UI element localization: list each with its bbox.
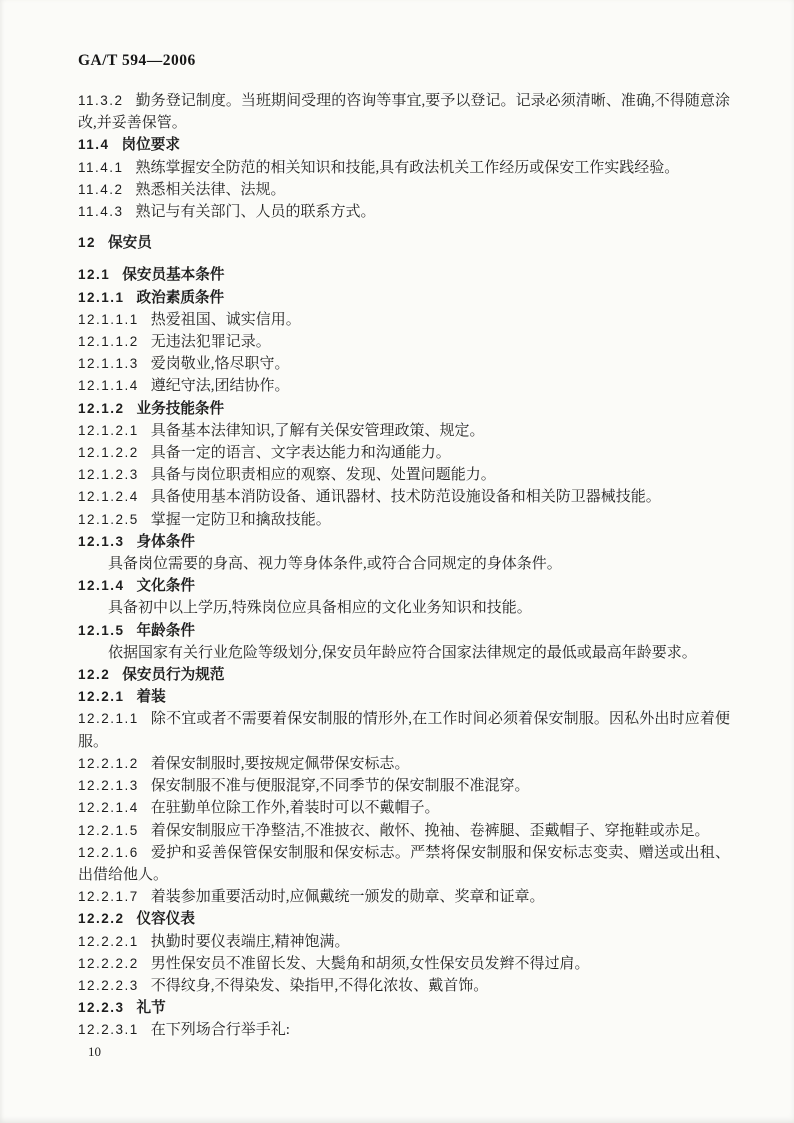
section-item: 12.1.1.1热爱祖国、诚实信用。: [78, 309, 730, 331]
section-item: 12.2.1.2着保安制服时,要按规定佩带保安标志。: [78, 753, 730, 775]
section-item: 12.1.1.4遵纪守法,团结协作。: [78, 375, 730, 397]
section-number: 12.2.2.3: [78, 978, 139, 993]
section-text: 除不宜或者不需要着保安制服的情形外,在工作时间必须着保安制服。因私外出时应着便服…: [78, 711, 730, 749]
section-item: 12.1.2.1具备基本法律知识,了解有关保安管理政策、规定。: [78, 420, 730, 442]
section-item: 12.1.2.2具备一定的语言、文字表达能力和沟通能力。: [78, 442, 730, 464]
section-text: 在驻勤单位除工作外,着装时可以不戴帽子。: [151, 800, 440, 816]
section-number: 11.4.3: [78, 204, 124, 219]
section-heading: 12.2保安员行为规范: [78, 664, 730, 686]
section-text: 年龄条件: [137, 623, 195, 639]
section-number: 12.2.1.2: [78, 756, 139, 771]
section-number: 12.2.2.1: [78, 934, 139, 949]
section-item: 12.1.2.3具备与岗位职责相应的观察、发现、处置问题能力。: [78, 464, 730, 486]
section-text: 保安员: [108, 235, 152, 251]
document-body: 11.3.2勤务登记制度。当班期间受理的咨询等事宜,要予以登记。记录必须清晰、准…: [78, 90, 730, 1042]
section-item: 11.4.1熟练掌握安全防范的相关知识和技能,具有政法机关工作经历或保安工作实践…: [78, 157, 730, 179]
section-heading: 12.1.5年龄条件: [78, 620, 730, 642]
section-text: 政治素质条件: [137, 290, 225, 306]
section-number: 12.2.3.1: [78, 1022, 139, 1037]
section-heading: 12.1.3身体条件: [78, 531, 730, 553]
section-text: 具备岗位需要的身高、视力等身体条件,或符合合同规定的身体条件。: [108, 556, 562, 572]
paragraph: 具备岗位需要的身高、视力等身体条件,或符合合同规定的身体条件。: [78, 553, 730, 575]
section-text: 熟悉相关法律、法规。: [136, 182, 286, 198]
section-number: 12.1.2.5: [78, 512, 139, 527]
section-item: 12.2.2.1执勤时要仪表端庄,精神饱满。: [78, 931, 730, 953]
section-text: 业务技能条件: [137, 401, 225, 417]
section-text: 依据国家有关行业危险等级划分,保安员年龄应符合国家法律规定的最低或最高年龄要求。: [108, 645, 697, 661]
section-item: 11.3.2勤务登记制度。当班期间受理的咨询等事宜,要予以登记。记录必须清晰、准…: [78, 90, 730, 134]
section-number: 12.2.1.3: [78, 778, 139, 793]
section-text: 执勤时要仪表端庄,精神饱满。: [151, 934, 350, 950]
paragraph: 依据国家有关行业危险等级划分,保安员年龄应符合国家法律规定的最低或最高年龄要求。: [78, 642, 730, 664]
section-text: 男性保安员不准留长发、大鬓角和胡须,女性保安员发辫不得过肩。: [151, 956, 590, 972]
section-number: 12.2.1.4: [78, 800, 139, 815]
section-number: 12.2.3: [78, 1000, 125, 1015]
standard-number-header: GA/T 594—2006: [78, 52, 196, 70]
section-number: 12.1.1.4: [78, 378, 139, 393]
section-item: 12.2.1.6爱护和妥善保管保安制服和保安标志。严禁将保安制服和保安标志变卖、…: [78, 842, 730, 886]
section-text: 着保安制服时,要按规定佩带保安标志。: [151, 756, 410, 772]
section-number: 11.4.1: [78, 160, 124, 175]
section-text: 文化条件: [137, 578, 195, 594]
section-item: 12.2.2.2男性保安员不准留长发、大鬓角和胡须,女性保安员发辫不得过肩。: [78, 953, 730, 975]
section-text: 着装: [137, 689, 166, 705]
section-text: 保安员行为规范: [122, 667, 224, 683]
section-text: 着装参加重要活动时,应佩戴统一颁发的勋章、奖章和证章。: [151, 889, 545, 905]
page-number: 10: [88, 1044, 101, 1060]
section-text: 具备使用基本消防设备、通讯器材、技术防范设施设备和相关防卫器械技能。: [151, 489, 661, 505]
section-number: 11.4: [78, 137, 110, 152]
section-text: 无违法犯罪记录。: [151, 334, 271, 350]
section-text: 在下列场合行举手礼:: [151, 1022, 290, 1038]
section-item: 11.4.3熟记与有关部门、人员的联系方式。: [78, 201, 730, 223]
section-number: 12.1.1.1: [78, 312, 139, 327]
section-item: 12.2.1.7着装参加重要活动时,应佩戴统一颁发的勋章、奖章和证章。: [78, 886, 730, 908]
section-item: 12.2.3.1在下列场合行举手礼:: [78, 1019, 730, 1041]
section-number: 12.2.1.6: [78, 845, 139, 860]
section-item: 12.2.1.5着保安制服应干净整洁,不准披衣、敞怀、挽袖、卷裤腿、歪戴帽子、穿…: [78, 820, 730, 842]
section-item: 12.2.1.1除不宜或者不需要着保安制服的情形外,在工作时间必须着保安制服。因…: [78, 708, 730, 752]
section-heading: 12.1.1政治素质条件: [78, 287, 730, 309]
section-text: 爱护和妥善保管保安制服和保安标志。严禁将保安制服和保安标志变卖、赠送或出租、出借…: [78, 845, 730, 883]
section-number: 12.1.1.3: [78, 356, 139, 371]
section-text: 熟练掌握安全防范的相关知识和技能,具有政法机关工作经历或保安工作实践经验。: [136, 160, 680, 176]
section-text: 爱岗敬业,恪尽职守。: [151, 356, 290, 372]
section-text: 不得纹身,不得染发、染指甲,不得化浓妆、戴首饰。: [151, 978, 489, 994]
section-text: 遵纪守法,团结协作。: [151, 378, 290, 394]
section-text: 具备一定的语言、文字表达能力和沟通能力。: [151, 445, 451, 461]
section-text: 熟记与有关部门、人员的联系方式。: [136, 204, 376, 220]
section-text: 掌握一定防卫和擒敌技能。: [151, 512, 331, 528]
section-text: 身体条件: [137, 534, 195, 550]
section-number: 12.1.1: [78, 290, 125, 305]
section-item: 12.2.1.4在驻勤单位除工作外,着装时可以不戴帽子。: [78, 797, 730, 819]
scanned-document-page: { "page": { "header": "GA/T 594—2006", "…: [0, 0, 794, 1123]
section-item: 12.2.1.3保安制服不准与便服混穿,不同季节的保安制服不准混穿。: [78, 775, 730, 797]
section-number: 11.3.2: [78, 93, 124, 108]
chapter-heading: 12保安员: [78, 232, 730, 254]
section-item: 11.4.2熟悉相关法律、法规。: [78, 179, 730, 201]
section-item: 12.1.2.5掌握一定防卫和擒敌技能。: [78, 509, 730, 531]
section-number: 12.1.2: [78, 401, 125, 416]
section-heading: 12.2.3礼节: [78, 997, 730, 1019]
section-number: 12.1.2.2: [78, 445, 139, 460]
section-number: 12.1.2.3: [78, 467, 139, 482]
section-number: 12.2.1.7: [78, 889, 139, 904]
section-number: 12.2.1: [78, 689, 125, 704]
section-number: 12.2.2: [78, 911, 125, 926]
section-text: 仪容仪表: [137, 911, 195, 927]
section-number: 12.2.1.5: [78, 823, 139, 838]
section-number: 12.1: [78, 267, 110, 282]
section-number: 12.1.1.2: [78, 334, 139, 349]
section-heading: 12.2.2仪容仪表: [78, 908, 730, 930]
section-text: 礼节: [137, 1000, 166, 1016]
section-item: 12.2.2.3不得纹身,不得染发、染指甲,不得化浓妆、戴首饰。: [78, 975, 730, 997]
section-number: 12.2.1.1: [78, 711, 139, 726]
section-heading: 12.2.1着装: [78, 686, 730, 708]
section-text: 具备初中以上学历,特殊岗位应具备相应的文化业务知识和技能。: [108, 600, 532, 616]
section-number: 12.1.2.1: [78, 423, 139, 438]
section-text: 具备基本法律知识,了解有关保安管理政策、规定。: [151, 423, 485, 439]
section-number: 12: [78, 235, 96, 250]
section-text: 具备与岗位职责相应的观察、发现、处置问题能力。: [151, 467, 496, 483]
section-text: 着保安制服应干净整洁,不准披衣、敞怀、挽袖、卷裤腿、歪戴帽子、穿拖鞋或赤足。: [151, 823, 710, 839]
section-number: 12.2.2.2: [78, 956, 139, 971]
paragraph: 具备初中以上学历,特殊岗位应具备相应的文化业务知识和技能。: [78, 597, 730, 619]
section-text: 勤务登记制度。当班期间受理的咨询等事宜,要予以登记。记录必须清晰、准确,不得随意…: [78, 93, 730, 131]
section-number: 12.1.3: [78, 534, 125, 549]
section-text: 热爱祖国、诚实信用。: [151, 312, 301, 328]
section-item: 12.1.1.2无违法犯罪记录。: [78, 331, 730, 353]
section-heading: 12.1保安员基本条件: [78, 264, 730, 286]
section-heading: 12.1.2业务技能条件: [78, 398, 730, 420]
section-text: 岗位要求: [122, 137, 180, 153]
section-number: 12.1.4: [78, 578, 125, 593]
section-text: 保安制服不准与便服混穿,不同季节的保安制服不准混穿。: [151, 778, 530, 794]
section-number: 12.2: [78, 667, 110, 682]
section-text: 保安员基本条件: [122, 267, 224, 283]
section-item: 12.1.1.3爱岗敬业,恪尽职守。: [78, 353, 730, 375]
section-heading: 11.4岗位要求: [78, 134, 730, 156]
section-heading: 12.1.4文化条件: [78, 575, 730, 597]
section-number: 12.1.5: [78, 623, 125, 638]
section-item: 12.1.2.4具备使用基本消防设备、通讯器材、技术防范设施设备和相关防卫器械技…: [78, 486, 730, 508]
section-number: 12.1.2.4: [78, 489, 139, 504]
section-number: 11.4.2: [78, 182, 124, 197]
